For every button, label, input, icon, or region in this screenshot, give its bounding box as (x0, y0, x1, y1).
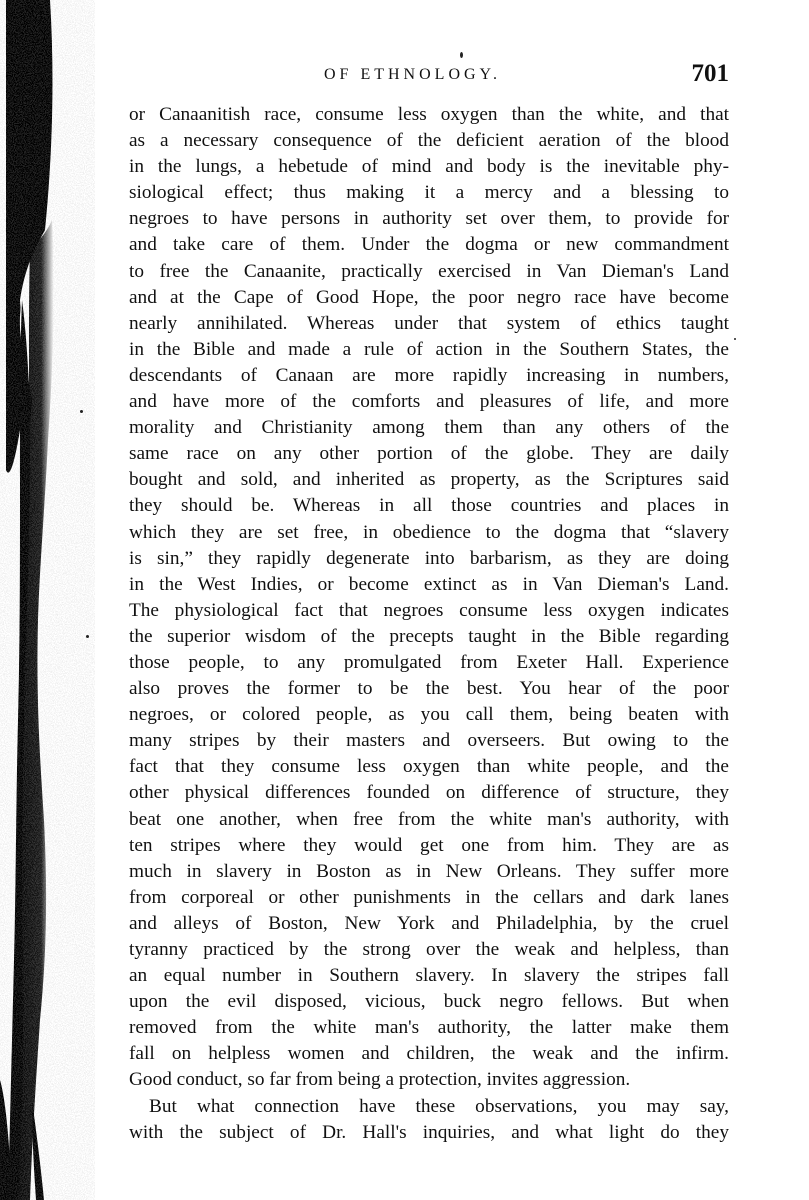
text-line: But what connection have these observati… (129, 1094, 729, 1120)
text-line: and alleys of Boston, New York and Phila… (129, 911, 729, 937)
text-line: the superior wisdom of the precepts taug… (129, 624, 729, 650)
text-line: as a necessary consequence of the defici… (129, 128, 729, 154)
text-line: morality and Christianity among them tha… (129, 415, 729, 441)
text-line: and have more of the comforts and pleasu… (129, 389, 729, 415)
binding-shadow-graphic (0, 0, 95, 1200)
paragraph-2: But what connection have these observati… (129, 1094, 729, 1146)
text-line: descendants of Canaan are more rapidly i… (129, 363, 729, 389)
text-line: other physical differences founded on di… (129, 780, 729, 806)
text-line: is sin,” they rapidly degenerate into ba… (129, 546, 729, 572)
text-line: or Canaanitish race, consume less oxygen… (129, 102, 729, 128)
text-line: in the lungs, a hebetude of mind and bod… (129, 154, 729, 180)
book-page: OF ETHNOLOGY. 701 or Canaanitish race, c… (129, 58, 729, 1146)
text-line: in the West Indies, or become extinct as… (129, 572, 729, 598)
text-line: removed from the white man's authority, … (129, 1015, 729, 1041)
text-line: those people, to any promulgated from Ex… (129, 650, 729, 676)
text-line: nearly annihilated. Whereas under that s… (129, 311, 729, 337)
text-line: from corporeal or other punishments in t… (129, 885, 729, 911)
running-head: OF ETHNOLOGY. 701 (129, 58, 729, 98)
text-line: in the Bible and made a rule of action i… (129, 337, 729, 363)
text-line: which they are set free, in obedience to… (129, 520, 729, 546)
text-line: much in slavery in Boston as in New Orle… (129, 859, 729, 885)
text-line: The physiological fact that negroes cons… (129, 598, 729, 624)
text-line: Good conduct, so far from being a protec… (129, 1067, 729, 1093)
text-line: ten stripes where they would get one fro… (129, 833, 729, 859)
text-line: and at the Cape of Good Hope, the poor n… (129, 285, 729, 311)
text-line: negroes to have persons in authority set… (129, 206, 729, 232)
text-line: negroes, or colored people, as you call … (129, 702, 729, 728)
body-text: or Canaanitish race, consume less oxygen… (129, 102, 729, 1146)
scan-speck (86, 635, 89, 638)
text-line: tyranny practiced by the strong over the… (129, 937, 729, 963)
text-line: fact that they consume less oxygen than … (129, 754, 729, 780)
text-line: also proves the former to be the best. Y… (129, 676, 729, 702)
text-line: beat one another, when free from the whi… (129, 807, 729, 833)
scan-speck (734, 338, 736, 340)
text-line: siological effect; thus making it a merc… (129, 180, 729, 206)
text-line: same race on any other portion of the gl… (129, 441, 729, 467)
book-binding-shadow (0, 0, 95, 1200)
text-line: upon the evil disposed, vicious, buck ne… (129, 989, 729, 1015)
scan-speck (80, 410, 83, 413)
page-number: 701 (692, 60, 730, 88)
text-line: fall on helpless women and children, the… (129, 1041, 729, 1067)
text-line: to free the Canaanite, practically exerc… (129, 259, 729, 285)
text-line: many stripes by their masters and overse… (129, 728, 729, 754)
text-line: and take care of them. Under the dogma o… (129, 232, 729, 258)
text-line: bought and sold, and inherited as proper… (129, 467, 729, 493)
running-title: OF ETHNOLOGY. (324, 66, 501, 84)
paragraph-1: or Canaanitish race, consume less oxygen… (129, 102, 729, 1094)
text-line: with the subject of Dr. Hall's inquiries… (129, 1120, 729, 1146)
text-line: an equal number in Southern slavery. In … (129, 963, 729, 989)
text-line: they should be. Whereas in all those cou… (129, 493, 729, 519)
